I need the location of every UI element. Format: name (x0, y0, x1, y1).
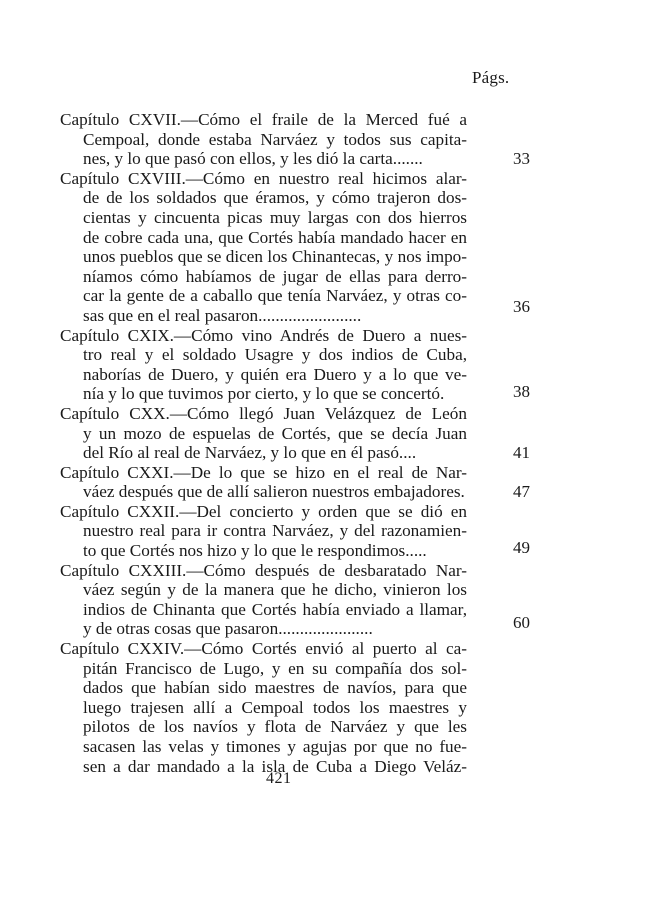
toc-entry-cxvii: Capítulo CXVII.—Cómo el fraile de la Mer… (60, 110, 530, 169)
table-of-contents: Capítulo CXVII.—Cómo el fraile de la Mer… (60, 110, 530, 776)
page-number: 41 (490, 443, 530, 463)
entry-line: Capítulo CXXII.—Del concierto y orden qu… (60, 502, 467, 522)
entry-line: unos pueblos que se dicen los Chinanteca… (60, 247, 467, 267)
entry-line: Capítulo CXXI.—De lo que se hizo en el r… (60, 463, 467, 483)
page-number: 49 (490, 538, 530, 558)
pages-column-header: Págs. (472, 68, 509, 88)
page-folio-number: 421 (266, 770, 292, 788)
entry-line: nes, y lo que pasó con ellos, y les dió … (60, 149, 467, 169)
entry-line: váez según y de la manera que he dicho, … (60, 580, 467, 600)
entry-line: Capítulo CXIX.—Cómo vino Andrés de Duero… (60, 326, 467, 346)
page-number: 38 (490, 382, 530, 402)
entry-line: sen a dar mandado a la isla de Cuba a Di… (60, 757, 467, 777)
page-number: 60 (490, 613, 530, 633)
entry-line: váez después que de allí salieron nuestr… (60, 482, 467, 502)
entry-line: luego trajesen allí a Cempoal todos los … (60, 698, 467, 718)
entry-line: Capítulo CXVIII.—Cómo en nuestro real hi… (60, 169, 467, 189)
entry-line: pitán Francisco de Lugo, y en su compañí… (60, 659, 467, 679)
entry-line: Cempoal, donde estaba Narváez y todos su… (60, 130, 467, 150)
entry-line: y de otras cosas que pasaron............… (60, 619, 467, 639)
entry-line: de cobre cada una, que Cortés había mand… (60, 228, 467, 248)
toc-entry-cxix: Capítulo CXIX.—Cómo vino Andrés de Duero… (60, 326, 530, 404)
entry-line: nuestro real para ir contra Narváez, y d… (60, 521, 467, 541)
toc-entry-cxxii: Capítulo CXXII.—Del concierto y orden qu… (60, 502, 530, 561)
entry-line: dados que habían sido maestres de navíos… (60, 678, 467, 698)
entry-line: to que Cortés nos hizo y lo que le respo… (60, 541, 467, 561)
toc-entry-cxxiii: Capítulo CXXIII.—Cómo después de desbara… (60, 561, 530, 639)
entry-line: car la gente de a caballo que tenía Narv… (60, 286, 467, 306)
toc-entry-cxxi: Capítulo CXXI.—De lo que se hizo en el r… (60, 463, 530, 502)
toc-entry-cxxiv: Capítulo CXXIV.—Cómo Cortés envió al pue… (60, 639, 530, 776)
entry-line: de de los soldados que éramos, y cómo tr… (60, 188, 467, 208)
entry-line: naborías de Duero, y quién era Duero y a… (60, 365, 467, 385)
entry-line: Capítulo CXXIV.—Cómo Cortés envió al pue… (60, 639, 467, 659)
entry-line: y un mozo de espuelas de Cortés, que se … (60, 424, 467, 444)
entry-line: sacasen las velas y timones y agujas por… (60, 737, 467, 757)
entry-line: sas que en el real pasaron..............… (60, 306, 467, 326)
entry-line: Capítulo CXVII.—Cómo el fraile de la Mer… (60, 110, 467, 130)
book-page: Págs. Capítulo CXVII.—Cómo el fraile de … (0, 0, 650, 910)
entry-line: nía y lo que tuvimos por cierto, y lo qu… (60, 384, 467, 404)
entry-line: del Río al real de Narváez, y lo que en … (60, 443, 467, 463)
page-number: 33 (490, 149, 530, 169)
entry-line: níamos cómo habíamos de jugar de ellas p… (60, 267, 467, 287)
page-number: 47 (490, 482, 530, 502)
entry-line: cientas y cincuenta picas muy largas con… (60, 208, 467, 228)
entry-line: indios de Chinanta que Cortés había envi… (60, 600, 467, 620)
entry-line: pilotos de los navíos y flota de Narváez… (60, 717, 467, 737)
page-number: 36 (490, 297, 530, 317)
entry-line: Capítulo CXXIII.—Cómo después de desbara… (60, 561, 467, 581)
toc-entry-cxviii: Capítulo CXVIII.—Cómo en nuestro real hi… (60, 169, 530, 326)
entry-line: Capítulo CXX.—Cómo llegó Juan Velázquez … (60, 404, 467, 424)
entry-line: tro real y el soldado Usagre y dos indio… (60, 345, 467, 365)
toc-entry-cxx: Capítulo CXX.—Cómo llegó Juan Velázquez … (60, 404, 530, 463)
